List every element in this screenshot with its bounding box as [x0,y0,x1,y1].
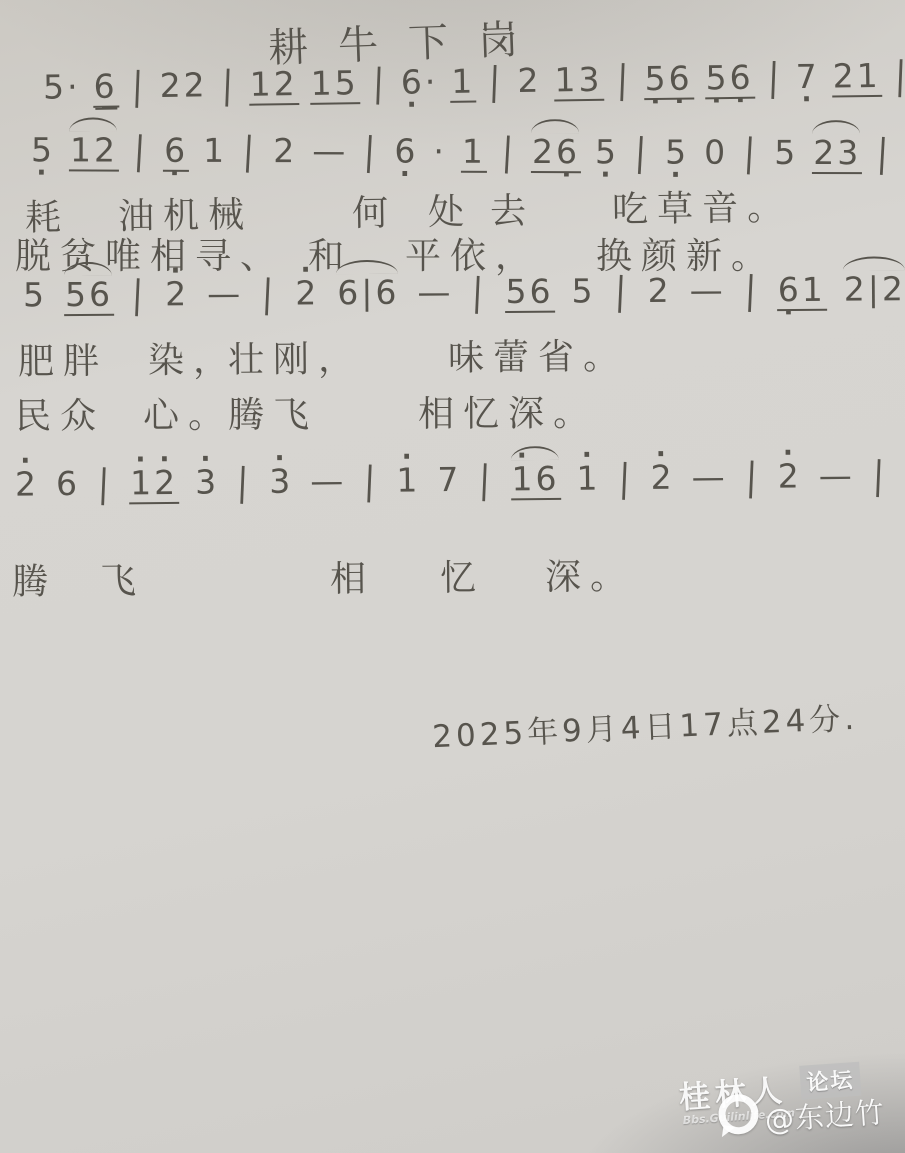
notation-char: 7 [437,460,461,499]
notation-char: 6 [56,464,80,503]
notation-char: 2 [813,133,837,172]
music-token: 5 [22,275,48,314]
notation-char: | [767,54,783,99]
notation-char: 5 [644,59,669,98]
lyric-word: 肥胖 [18,333,108,385]
notation-char: 2 [154,463,178,502]
barline: | [95,460,115,506]
barline: | [765,54,785,100]
notation-char: 1 [576,458,600,497]
barline: | [361,458,381,504]
music-token: — [311,131,349,170]
barline: | [741,129,762,175]
notation-char: 6 [535,459,559,498]
notation-char: 1 [511,459,535,498]
notation-char: 2 [159,66,184,105]
notation-char: 2 [273,64,298,103]
music-token: 3 [268,462,294,501]
music-token: 5· [42,67,82,107]
music-token: 3 [194,462,220,501]
music-token: 1 [575,458,601,497]
music-token: 2 [14,464,40,503]
notation-char: | [478,456,494,501]
barline: | [487,58,507,104]
notation-char: | [894,52,905,97]
notation-char: 1 [310,64,335,103]
music-token: 26 [531,132,581,173]
music-token: 1 [202,131,228,170]
notation-char: 5 [43,67,68,106]
notation-char: 1 [462,132,486,171]
notation-char: | [876,130,893,176]
lyric-word: 心。 [143,387,233,438]
notation-char: — [819,456,855,495]
lyric-word: 壮刚， [228,331,363,383]
lyric-word: 忆 [440,550,485,601]
lyric-line: 肥胖染，壮刚，味蕾省。 [0,326,905,380]
notation-char: | [872,452,888,497]
notation-char: 5 [23,275,47,314]
barline: | [129,63,149,109]
barline: | [499,129,520,175]
music-token: 1 [461,132,487,173]
music-token: 5 [664,132,690,171]
music-token: 23 [812,133,862,174]
notation-char: | [868,269,882,308]
music-token: 5 [570,271,596,310]
barline: | [892,52,905,98]
notation-char: 2 [650,458,674,497]
notation-char: 1 [249,64,274,103]
barline: | [370,60,390,106]
notation-char: | [501,129,518,175]
notation-char: 1 [554,60,579,99]
music-token: 2 [649,458,675,497]
music-token: — [206,274,244,313]
notation-char: | [634,129,651,175]
music-token: — [690,457,728,496]
music-line: 5·6|2 2|1215|6·1|213|5656|721|65|5—| [42,52,905,108]
barline: | [240,128,261,174]
music-token: 7 [794,57,821,96]
notation-char: | [372,60,388,105]
notation-char: | [743,130,760,176]
music-token: 21 [831,56,882,98]
lyric-word: 腾飞 [228,387,318,438]
music-token: 16 [510,459,560,501]
notation-char: 1 [451,62,476,101]
lyric-word: 平依， [405,228,540,279]
notation-char: 5 [65,275,89,314]
notation-char: 1 [856,56,881,95]
notation-char: 6 [729,58,754,97]
notation-char: 5 [334,63,359,102]
music-token: · [432,132,448,171]
notation-char: 2 [15,464,39,503]
notation-char: 1 [802,270,826,309]
notation-char: — [312,131,348,170]
notation-char: 2 [165,274,189,313]
lyric-word: 去 [490,183,536,235]
notation-char: 2 [295,273,319,312]
music-token: 5 [594,132,620,171]
lyric-word: 换颜新。 [596,228,776,279]
barline: | [361,128,382,174]
music-token: — [309,461,347,500]
music-token: 6 [393,132,419,171]
notation-char: · [67,67,81,106]
lyric-word: 相 [330,551,375,602]
notation-char: | [242,128,259,174]
barline: | [234,459,254,505]
notation-char: 5 [705,58,730,97]
music-line: 26|123|3—|17|161|2—|2—| [14,455,889,505]
music-token: 2 [294,273,320,312]
music-token: 56 [64,275,114,316]
music-token: 56 [704,58,755,100]
music-token: 2|2 [843,269,905,308]
barline: | [614,56,634,102]
notation-char: 2 [517,61,542,100]
notation-char: | [363,128,380,174]
notation-char: 5 [595,132,619,171]
music-token: 56 [643,58,694,100]
notation-char: 1 [203,131,227,170]
notation-char: 6 [93,67,118,106]
notation-char: 3 [837,133,861,172]
notation-char: 6 [556,132,580,171]
notation-char: | [133,127,150,173]
lyric-word: 民众 [15,388,105,439]
notation-char: 1 [396,460,420,499]
music-token: 1 [395,460,421,499]
notation-char: 6 [375,273,399,312]
notation-char: | [131,63,147,108]
music-token: 2 [272,131,298,170]
notation-char: 2 [832,56,857,95]
music-token: 2 [164,274,190,313]
author-handle: @东边竹 [763,1090,886,1139]
lyric-word: 和 [308,228,353,279]
notation-char: 6 [164,131,188,170]
notation-char: | [97,460,113,505]
notation-char: 3 [195,462,219,501]
music-token: — [818,456,856,495]
music-token: 12 [248,64,299,106]
music-token: 13 [553,60,604,102]
lyric-line: 腾飞相忆深。 [0,546,905,600]
date-caption: 2025年9月4日17点24分. [431,693,859,757]
notation-char: | [745,454,761,499]
music-token: 2 2 [158,65,209,105]
lyric-word: 飞 [100,553,145,604]
music-token: 0 [703,133,729,172]
lyric-word: 深。 [545,548,635,600]
barline: | [743,454,763,500]
music-token: 12 [129,463,179,505]
notation-char: · [425,62,439,101]
music-token: 6 [163,131,189,172]
notation-char: 2 [778,456,802,495]
music-token: 6 [92,67,119,108]
lyric-word: 脱贫唯相寻、 [15,228,285,279]
lyric-word: 味蕾省。 [448,328,628,381]
notation-char: 2 [273,131,297,170]
notation-char: — [691,457,727,496]
barline: | [131,127,152,173]
notation-char: | [489,58,505,103]
notation-char: 6 [668,59,693,98]
music-token: 12 [69,130,119,171]
music-token: 6· [400,62,440,102]
barline: | [219,62,239,108]
notation-char: 6 [394,132,418,171]
notation-char: 2 [183,65,208,104]
lyric-word: 染， [148,332,238,384]
lyric-line: 脱贫唯相寻、和平依，换颜新。 [0,228,905,274]
music-token: 7 [436,460,462,499]
notation-char: | [618,455,634,500]
music-token: 1 [450,62,477,103]
barline: | [476,456,496,502]
lyric-word: 腾 [12,553,57,604]
watermark: 桂林人 论坛 Bbs.Guilinlife.com @东边竹 [669,1057,899,1153]
notation-char: 5 [31,130,55,169]
barline: | [870,452,890,498]
notation-char: 7 [795,57,820,96]
barline: | [874,130,895,176]
music-token: 5 [773,133,799,172]
notation-char: 5 [774,133,798,172]
lyric-word: 吃草音。 [612,179,793,233]
notation-char: 0 [704,133,728,172]
music-token: 2 [777,456,803,495]
notation-char: 1 [130,463,154,502]
lyric-word: 相忆深。 [418,385,598,437]
notation-char: 3 [269,462,293,501]
notation-char: | [221,62,237,107]
notation-char: 1 [70,130,94,169]
notation-char: 2 [94,131,118,170]
notation-char: | [236,459,252,504]
notation-char: 5 [571,271,595,310]
notation-char: 2 [882,269,905,308]
notation-char: 3 [578,60,603,99]
barline: | [616,455,636,501]
notation-char: 5 [665,132,689,171]
music-token: 15 [309,63,360,105]
notation-char: 2 [532,132,556,171]
notation-char: · [433,132,447,171]
notation-char: 6 [778,270,802,309]
music-token: 5 [30,130,56,169]
notation-char: 6 [89,275,113,314]
notation-char: 6 [401,62,426,101]
notation-char: | [361,273,375,312]
notation-char: — [310,461,346,500]
notation-char: | [363,458,379,503]
music-token: 6 [55,464,81,503]
music-token: 2 [516,61,543,100]
music-line: 512|61|2—|6·1|265|50|523|2—| [30,130,905,174]
music-token: 61 [777,270,827,311]
lyric-line: 民众心。腾飞相忆深。 [0,384,905,435]
barline: | [632,129,653,175]
notation-char: 2 [844,269,868,308]
notation-char: | [616,56,632,101]
notation-char: — [207,274,243,313]
